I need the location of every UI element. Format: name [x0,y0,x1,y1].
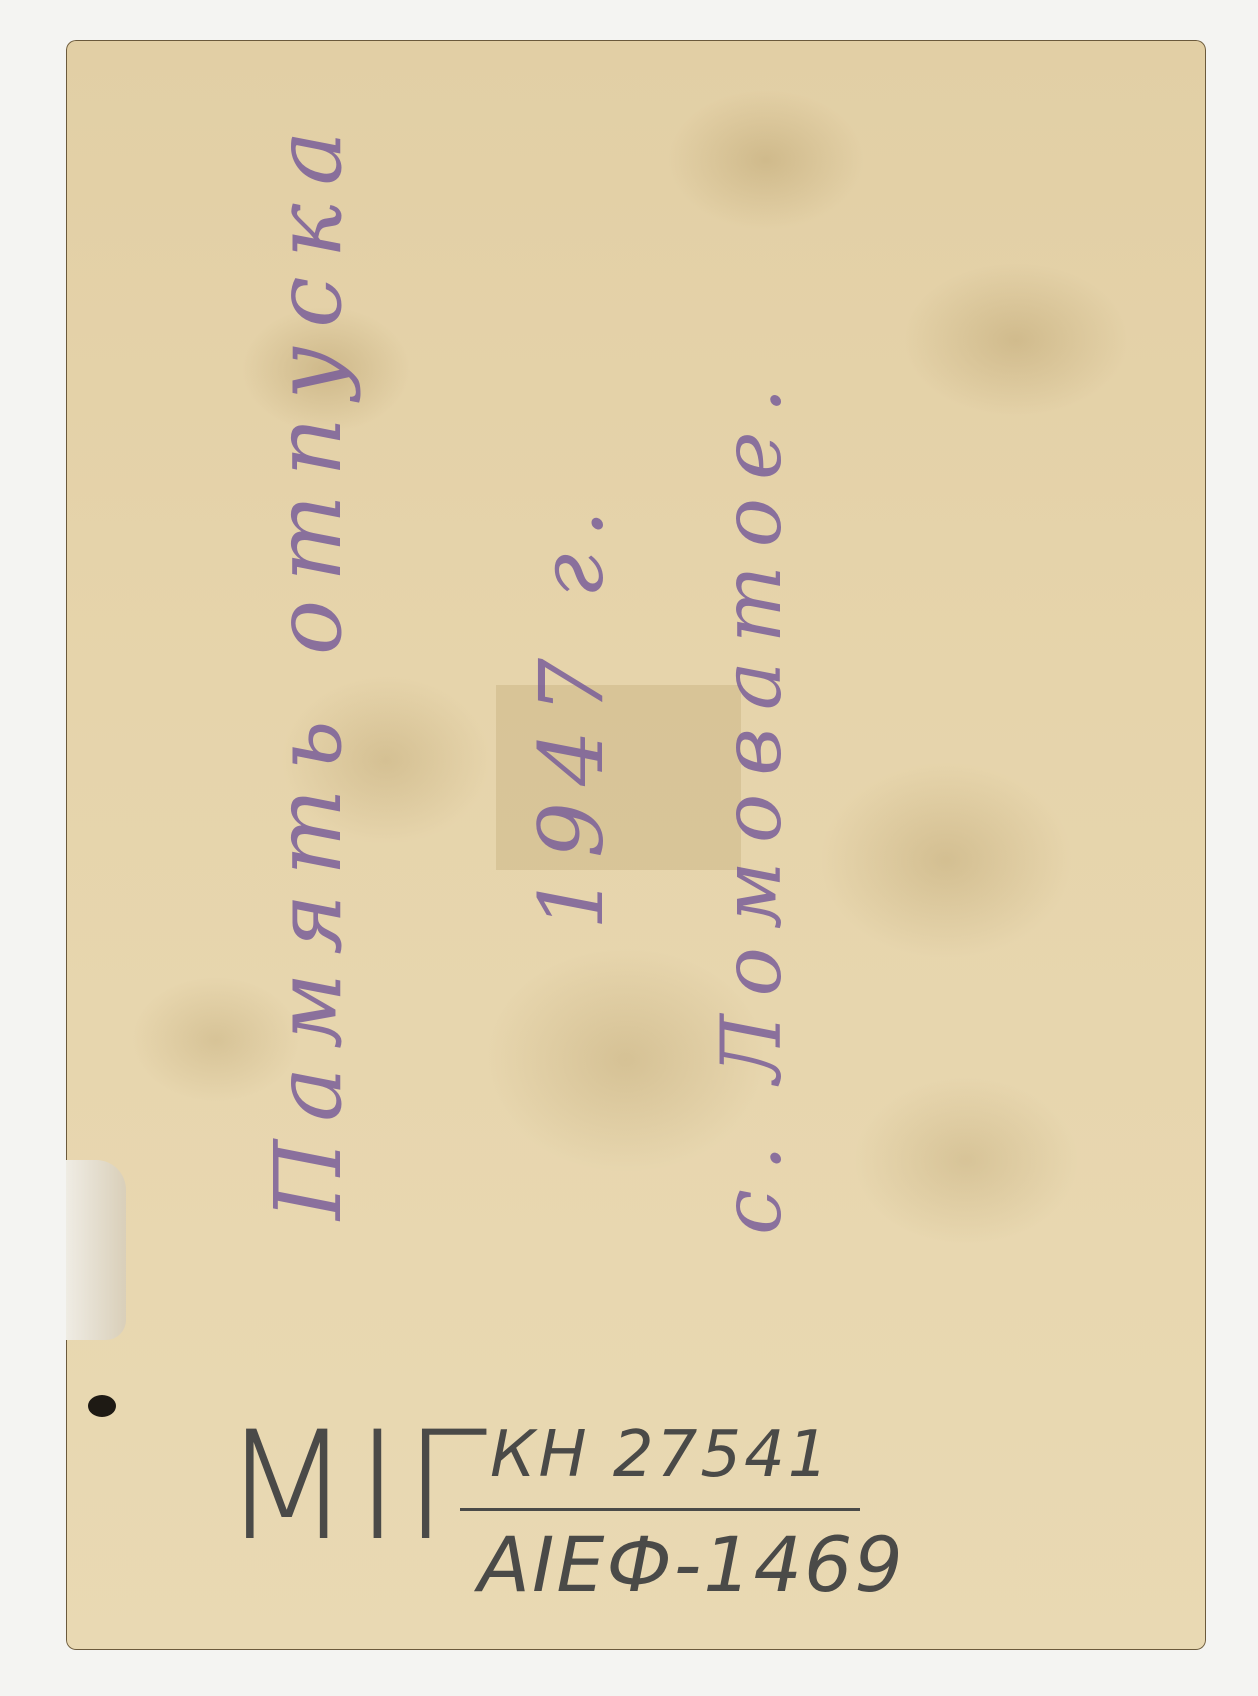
inscription-line-1: Память отпуска [255,113,362,1220]
inscription-year: 1947 г. [520,494,623,930]
archive-collection-mark: МІГ [222,1400,491,1574]
archive-inventory-number: КН 27541 [490,1418,832,1492]
torn-edge [66,1160,126,1340]
archive-fund-number: АІЕФ-1469 [478,1520,905,1609]
inscription-place: с. Ломоватое. [705,369,800,1235]
archive-divider-line [460,1508,860,1511]
damage-hole [88,1395,116,1417]
